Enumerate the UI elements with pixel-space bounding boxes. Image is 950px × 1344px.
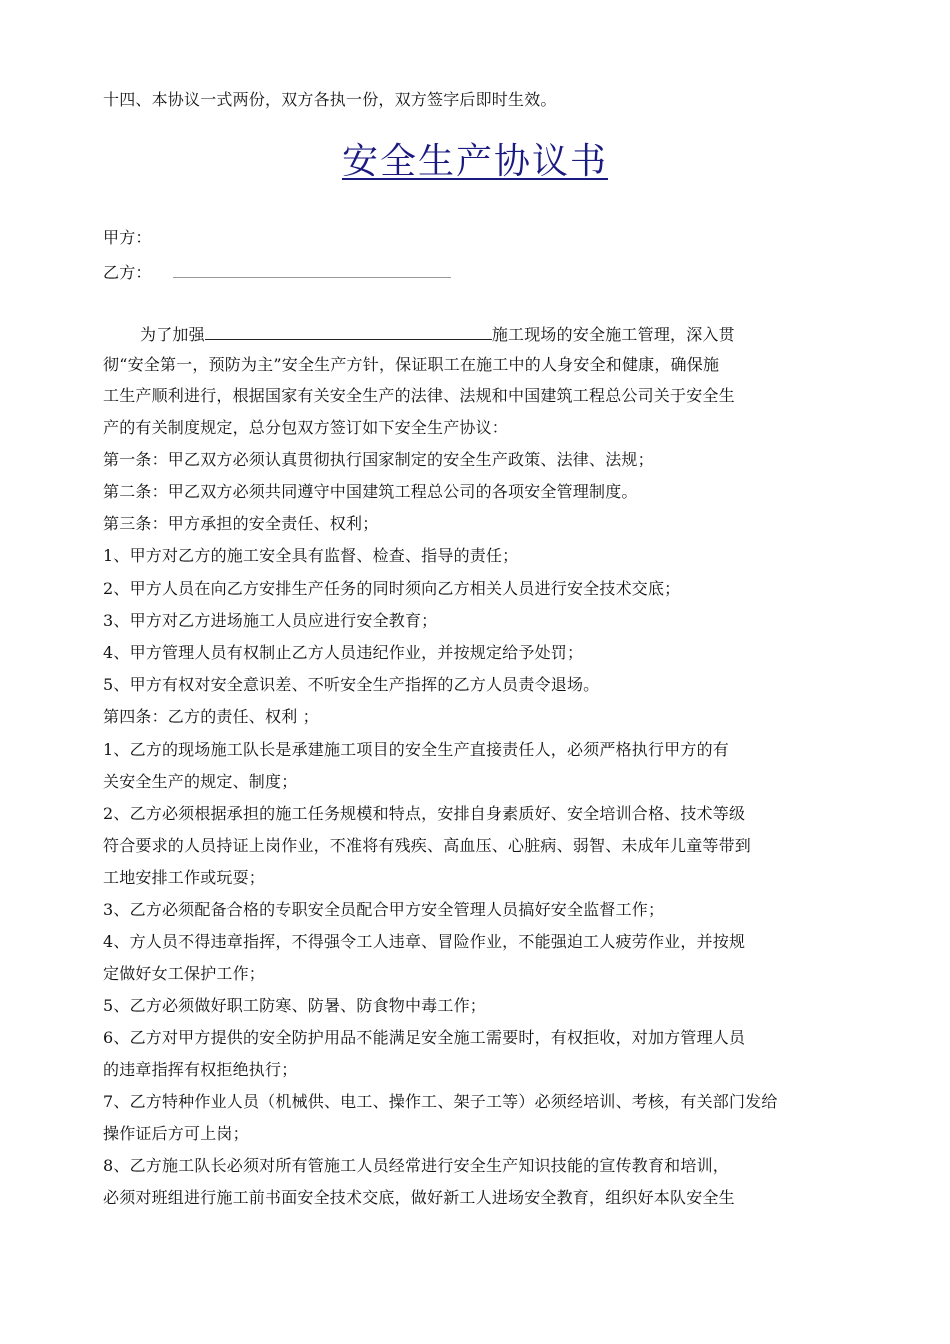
intro-prefix: 为了加强	[140, 325, 205, 344]
list-item: 4、甲方管理人员有权制止乙方人员违纪作业，并按规定给予处罚；	[103, 643, 583, 663]
list-item-cont: 工地安排工作或玩耍；	[103, 868, 265, 888]
list-item: 4、方人员不得违章指挥，不得强令工人违章、冒险作业，不能强迫工人疲劳作业，并按规	[103, 932, 745, 952]
list-item-cont: 关安全生产的规定、制度；	[103, 772, 297, 792]
list-item: 8、乙方施工队长必须对所有管施工人员经常进行安全生产知识技能的宣传教育和培训，	[103, 1156, 729, 1176]
list-item: 2、乙方必须根据承担的施工任务规模和特点，安排自身素质好、安全培训合格、技术等级	[103, 804, 745, 824]
party-b-field: 乙方：	[103, 260, 451, 283]
list-item: 3、甲方对乙方进场施工人员应进行安全教育；	[103, 611, 437, 631]
party-b-label: 乙方：	[103, 263, 152, 282]
list-item-cont: 必须对班组进行施工前书面安全技术交底，做好新工人进场安全教育，组织好本队安全生	[103, 1188, 735, 1208]
project-name-blank	[205, 322, 492, 340]
intro-line-4: 产的有关制度规定，总分包双方签订如下安全生产协议：	[103, 418, 508, 438]
list-item-cont: 定做好女工保护工作；	[103, 964, 265, 984]
article-4: 第四条：乙方的责任、权利 ；	[103, 707, 319, 727]
list-item: 7、乙方特种作业人员（机械供、电工、操作工、架子工等）必须经培训、考核，有关部门…	[103, 1092, 778, 1112]
intro-line-3: 工生产顺利进行，根据国家有关安全生产的法律、法规和中国建筑工程总公司关于安全生	[103, 386, 735, 406]
article-2: 第二条：甲乙双方必须共同遵守中国建筑工程总公司的各项安全管理制度。	[103, 482, 638, 502]
list-item: 2、甲方人员在向乙方安排生产任务的同时须向乙方相关人员进行安全技术交底；	[103, 579, 680, 599]
list-item-cont: 符合要求的人员持证上岗作业，不准将有残疾、高血压、心脏病、弱智、未成年儿童等带到	[103, 836, 751, 856]
list-item: 1、乙方的现场施工队长是承建施工项目的安全生产直接责任人，必须严格执行甲方的有	[103, 740, 729, 760]
intro-suffix: 施工现场的安全施工管理，深入贯	[492, 325, 735, 344]
clause-fourteen: 十四、本协议一式两份，双方各执一份，双方签字后即时生效。	[103, 90, 557, 110]
party-a-field: 甲方：	[103, 228, 152, 248]
document-page: 十四、本协议一式两份，双方各执一份，双方签字后即时生效。 安全生产协议书 甲方：…	[0, 0, 950, 1344]
list-item-cont: 操作证后方可上岗；	[103, 1124, 249, 1144]
list-item-cont: 的违章指挥有权拒绝执行；	[103, 1060, 297, 1080]
list-item: 6、乙方对甲方提供的安全防护用品不能满足安全施工需要时，有权拒收，对加方管理人员	[103, 1028, 745, 1048]
intro-line-1: 为了加强施工现场的安全施工管理，深入贯	[140, 322, 735, 345]
list-item: 5、甲方有权对安全意识差、不听安全生产指挥的乙方人员责令退场。	[103, 675, 599, 695]
article-3: 第三条：甲方承担的安全责任、权利；	[103, 514, 378, 534]
list-item: 5、乙方必须做好职工防寒、防暑、防食物中毒工作；	[103, 996, 486, 1016]
article-1: 第一条：甲乙双方必须认真贯彻执行国家制定的安全生产政策、法律、法规；	[103, 450, 654, 470]
party-b-blank	[173, 260, 451, 278]
list-item: 3、乙方必须配备合格的专职安全员配合甲方安全管理人员搞好安全监督工作；	[103, 900, 664, 920]
document-title: 安全生产协议书	[0, 140, 950, 184]
party-a-label: 甲方：	[103, 228, 152, 247]
intro-line-2: 彻“安全第一，预防为主”安全生产方针，保证职工在施工中的人身安全和健康，确保施	[103, 355, 719, 375]
list-item: 1、甲方对乙方的施工安全具有监督、检查、指导的责任；	[103, 546, 518, 566]
